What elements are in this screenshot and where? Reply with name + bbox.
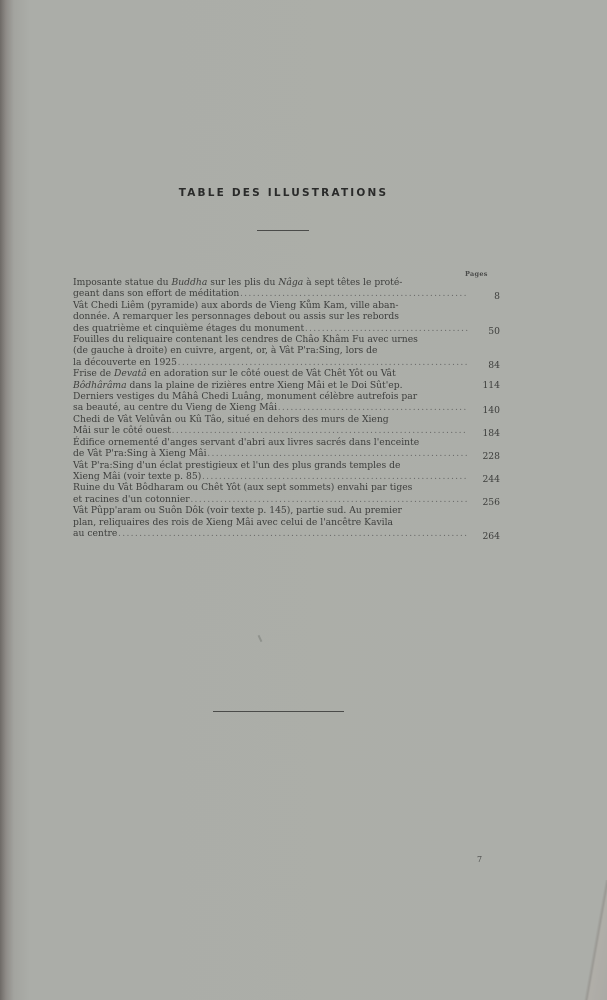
dot-leader — [178, 357, 468, 368]
entry-line: Bôdhârâma dans la plaine de rizières ent… — [86, 380, 468, 391]
entry-line-text: la découverte en 1925 — [86, 357, 177, 368]
dot-leader — [240, 288, 468, 299]
page-number: 264 — [472, 531, 500, 542]
entry-line: Mâi sur le côté ouest — [86, 425, 468, 436]
dot-leader — [191, 494, 468, 505]
illustration-entry: Ruine du Vât Bôdharam ou Chêt Yôt (aux s… — [73, 482, 498, 505]
entry-line: au centre — [86, 528, 468, 539]
entry-line-text: sa beauté, au centre du Vieng de Xieng M… — [86, 402, 277, 413]
entry-text: Derniers vestiges du Mâhâ Chedi Luâng, m… — [73, 391, 417, 402]
entry-italic-term: Buddha — [171, 277, 207, 288]
entry-line: Frise de Devatâ en adoration sur le côté… — [86, 368, 468, 379]
entry-text: Frise de — [73, 368, 114, 379]
entry-text: à sept têtes le proté- — [303, 277, 402, 288]
dot-leader — [118, 528, 468, 539]
entry-text: Vât Pûpp'aram ou Suôn Dôk (voir texte p.… — [73, 505, 402, 516]
entry-text: Fouilles du reliquaire contenant les cen… — [73, 334, 418, 345]
entry-text: geant dans son effort de méditation — [73, 288, 239, 299]
entry-line: Imposante statue du Buddha sur les plis … — [86, 277, 468, 288]
entry-text: Imposante statue du — [73, 277, 171, 288]
entry-line: Édifice ornementé d'anges servant d'abri… — [86, 437, 468, 448]
entry-line-text: geant dans son effort de méditation — [86, 288, 239, 299]
entry-text: sur les plis du — [207, 277, 278, 288]
dot-leader — [208, 448, 468, 459]
entry-text: Mâi sur le côté ouest — [73, 425, 171, 436]
page-number: 114 — [472, 380, 500, 391]
entry-text: donnée. A remarquer les personnages debo… — [73, 311, 399, 322]
illustrations-list: Imposante statue du Buddha sur les plis … — [73, 277, 498, 539]
folio-mark: 7 — [477, 855, 482, 864]
illustration-entry: Vât P'ra:Sing d'un éclat prestigieux et … — [73, 460, 498, 483]
entry-text: la découverte en 1925 — [73, 357, 177, 368]
entry-text: en adoration sur le côté ouest de Vât Ch… — [147, 368, 396, 379]
entry-line: geant dans son effort de méditation — [86, 288, 468, 299]
entry-text: Ruine du Vât Bôdharam ou Chêt Yôt (aux s… — [73, 482, 412, 493]
entry-line: Chedi de Vât Velûvân ou Kû Tâo, situé en… — [86, 414, 468, 425]
dot-leader — [202, 471, 468, 482]
entry-line: plan, reliquaires des rois de Xieng Mâi … — [86, 517, 468, 528]
entry-line: (de gauche à droite) en cuivre, argent, … — [86, 345, 468, 356]
entry-text: plan, reliquaires des rois de Xieng Mâi … — [73, 517, 393, 528]
entry-line-text: et racines d'un cotonnier — [86, 494, 190, 505]
entry-line: des quatrième et cinquième étages du mon… — [86, 323, 468, 334]
entry-text: au centre — [73, 528, 117, 539]
entry-line: Fouilles du reliquaire contenant les cen… — [86, 334, 468, 345]
illustration-entry: Derniers vestiges du Mâhâ Chedi Luâng, m… — [73, 391, 498, 414]
entry-italic-term: Bôdhârâma — [73, 380, 127, 391]
entry-line: de Vât P'ra:Sing à Xieng Mâi — [86, 448, 468, 459]
dot-leader — [278, 402, 468, 413]
entry-text: Xieng Mâi (voir texte p. 85) — [73, 471, 201, 482]
entry-text: de Vât P'ra:Sing à Xieng Mâi — [73, 448, 207, 459]
illustration-entry: Fouilles du reliquaire contenant les cen… — [73, 334, 498, 368]
entry-line-text: Bôdhârâma dans la plaine de rizières ent… — [86, 380, 403, 391]
entry-text: des quatrième et cinquième étages du mon… — [73, 323, 304, 334]
entry-text: sa beauté, au centre du Vieng de Xieng M… — [73, 402, 277, 413]
entry-text: Édifice ornementé d'anges servant d'abri… — [73, 437, 419, 448]
entry-text: dans la plaine de rizières entre Xieng M… — [127, 380, 403, 391]
dot-leader — [305, 323, 468, 334]
illustration-entry: Frise de Devatâ en adoration sur le côté… — [73, 368, 498, 391]
entry-line-text: des quatrième et cinquième étages du mon… — [86, 323, 304, 334]
illustration-entry: Chedi de Vât Velûvân ou Kû Tâo, situé en… — [73, 414, 498, 437]
entry-line-text: au centre — [86, 528, 117, 539]
title-divider — [257, 230, 309, 231]
dot-leader — [172, 425, 468, 436]
illustration-entry: Vât Chedi Liêm (pyramide) aux abords de … — [73, 300, 498, 334]
entry-text: Vât Chedi Liêm (pyramide) aux abords de … — [73, 300, 399, 311]
entry-italic-term: Devatâ — [114, 368, 147, 379]
entry-line-text: de Vât P'ra:Sing à Xieng Mâi — [86, 448, 207, 459]
illustration-entry: Imposante statue du Buddha sur les plis … — [73, 277, 498, 300]
illustration-entry: Vât Pûpp'aram ou Suôn Dôk (voir texte p.… — [73, 505, 498, 539]
page-title: TABLE DES ILLUSTRATIONS — [0, 187, 567, 199]
entry-line: Derniers vestiges du Mâhâ Chedi Luâng, m… — [86, 391, 468, 402]
entry-line: et racines d'un cotonnier — [86, 494, 468, 505]
entry-line: Vât P'ra:Sing d'un éclat prestigieux et … — [86, 460, 468, 471]
entry-line: Ruine du Vât Bôdharam ou Chêt Yôt (aux s… — [86, 482, 468, 493]
end-divider — [213, 711, 344, 712]
entry-line-text: Xieng Mâi (voir texte p. 85) — [86, 471, 201, 482]
paper-speck — [258, 635, 263, 642]
entry-italic-term: Nâga — [278, 277, 303, 288]
scanned-page: TABLE DES ILLUSTRATIONS Pages Imposante … — [0, 0, 607, 1000]
entry-line: Vât Pûpp'aram ou Suôn Dôk (voir texte p.… — [86, 505, 468, 516]
entry-line: sa beauté, au centre du Vieng de Xieng M… — [86, 402, 468, 413]
illustration-entry: Édifice ornementé d'anges servant d'abri… — [73, 437, 498, 460]
entry-line-text: Mâi sur le côté ouest — [86, 425, 171, 436]
entry-line: Vât Chedi Liêm (pyramide) aux abords de … — [86, 300, 468, 311]
entry-line: Xieng Mâi (voir texte p. 85) — [86, 471, 468, 482]
entry-line: donnée. A remarquer les personnages debo… — [86, 311, 468, 322]
entry-text: Chedi de Vât Velûvân ou Kû Tâo, situé en… — [73, 414, 389, 425]
entry-line: la découverte en 1925 — [86, 357, 468, 368]
entry-text: Vât P'ra:Sing d'un éclat prestigieux et … — [73, 460, 400, 471]
entry-text: (de gauche à droite) en cuivre, argent, … — [73, 345, 377, 356]
entry-text: et racines d'un cotonnier — [73, 494, 190, 505]
